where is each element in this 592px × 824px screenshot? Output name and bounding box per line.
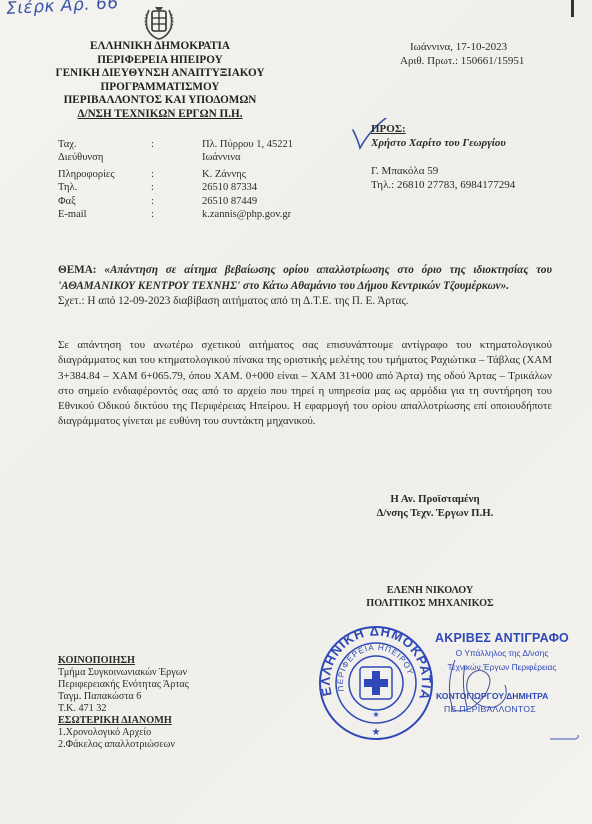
signature-department: Δ/νσης Τεχν. Έργων Π.Η. [355,506,515,520]
stamp-line-1: Ο Υπάλληλος της Δ/νσης [432,648,572,659]
subject-block: ΘΕΜΑ: «Απάντηση σε αίτημα βεβαίωσης ορίο… [58,263,552,310]
header-line: ΠΡΟΓΡΑΜΜΑΤΙΣΜΟΥ [40,81,280,95]
notification-line: Ταγμ. Παπακώστα 6 [58,691,189,703]
stamp-title: ΑΚΡΙΒΕΣ ΑΝΤΙΓΡΑΦΟ [432,631,572,645]
address-value: Πλ. Πύρρου 1, 45221 [202,138,342,151]
place-date: Ιωάννινα, 17-10-2023 [400,40,524,54]
fax-label: Φαξ [58,195,151,208]
subject-label: ΘΕΜΑ: [58,264,97,276]
info-label: Πληροφορίες [58,168,151,181]
header-line: ΕΛΛΗΝΙΚΗ ΔΗΜΟΚΡΑΤΙΑ [40,40,280,54]
notification-line: Τμήμα Συγκοινωνιακών Έργων [58,667,189,679]
phone-label: Τηλ. [58,181,151,194]
phone-value: 26510 87334 [202,181,342,194]
header-line: ΠΕΡΙΒΑΛΛΟΝΤΟΣ ΚΑΙ ΥΠΟΔΟΜΩΝ [40,94,280,108]
contact-row-fax: Φαξ : 26510 87449 [58,195,342,208]
contact-row-address: Ταχ. : Πλ. Πύρρου 1, 45221 [58,138,342,151]
contact-row-address-2: Διεύθυνση Ιωάννινα [58,151,342,164]
signer-block: ΕΛΕΝΗ ΝΙΚΟΛΟΥ ΠΟΛΙΤΙΚΟΣ ΜΗΧΑΝΙΚΟΣ [345,584,515,610]
header-line: ΠΕΡΙΦΕΡΕΙΑ ΗΠΕΙΡΟΥ [40,54,280,68]
signer-name: ΕΛΕΝΗ ΝΙΚΟΛΟΥ [345,584,515,597]
contact-row-phone: Τηλ. : 26510 87334 [58,181,342,194]
ink-mark [550,735,580,741]
signer-title: ΠΟΛΙΤΙΚΟΣ ΜΗΧΑΝΙΚΟΣ [345,597,515,610]
subject-text: «Απάντηση σε αίτημα βεβαίωσης ορίου απαλ… [58,264,552,292]
internal-distribution-line: 2.Φάκελος απαλλοτριώσεων [58,739,189,751]
subject-reference: Σχετ.: Η από 12-09-2023 διαβίβαση αιτήμα… [58,294,552,310]
handwritten-note: Σιέρκ Αρ. 66 [6,0,120,19]
protocol-number: Αριθ. Πρωτ.: 150661/15951 [400,54,524,68]
stamp-role: ΠΕ ΠΕΡΙΒΑΛΛΟΝΤΟΣ [432,704,572,714]
separator: : [151,208,202,221]
svg-text:★: ★ [372,710,379,719]
internal-distribution-line: 1.Χρονολογικό Αρχείο [58,727,189,739]
email-label: E-mail [58,208,151,221]
separator: : [151,181,202,194]
notification-line: Περιφερειακής Ενότητας Άρτας [58,679,189,691]
notification-line: Τ.Κ. 471 32 [58,703,189,715]
address-city: Ιωάννινα [202,151,342,164]
fax-value: 26510 87449 [202,195,342,208]
header-department: Δ/ΝΣΗ ΤΕΧΝΙΚΩΝ ΕΡΓΩΝ Π.Η. [40,108,280,122]
issuer-header: ΕΛΛΗΝΙΚΗ ΔΗΜΟΚΡΑΤΙΑ ΠΕΡΙΦΕΡΕΙΑ ΗΠΕΙΡΟΥ Γ… [40,40,280,122]
separator: : [151,138,202,151]
email-link[interactable]: k.zannis@php.gov.gr [202,208,342,221]
document-page: Σιέρκ Αρ. 66 ΕΛΛΗΝΙΚΗ ΔΗΜΟΚΡΑΤΙΑ ΠΕΡΙΦΕΡ… [0,0,592,824]
stamp-line-2: Τεχνικών Έργων Περιφέρειας [432,662,572,673]
body-paragraph: Σε απάντηση του ανωτέρω σχετικού αιτήματ… [58,338,552,430]
signature-block: Η Αν. Προϊσταμένη Δ/νσης Τεχν. Έργων Π.Η… [355,492,515,520]
certified-copy-stamp: ΑΚΡΙΒΕΣ ΑΝΤΙΓΡΑΦΟ Ο Υπάλληλος της Δ/νσης… [432,631,572,714]
recipient-address: Γ. Μπακόλα 59 [371,164,515,178]
header-line: ΓΕΝΙΚΗ ΔΙΕΥΘΥΝΣΗ ΑΝΑΠΤΥΞΙΑΚΟΥ [40,67,280,81]
recipient-phones: Τηλ.: 26810 27783, 6984177294 [371,178,515,192]
contact-row-info: Πληροφορίες : Κ. Ζάννης [58,168,342,181]
contact-row-email: E-mail : k.zannis@php.gov.gr [58,208,342,221]
info-value: Κ. Ζάννης [202,168,342,181]
greek-coat-of-arms-icon [142,4,176,40]
distribution-block: ΚΟΙΝΟΠΟΙΗΣΗ Τμήμα Συγκοινωνιακών Έργων Π… [58,655,189,751]
notification-heading: ΚΟΙΝΟΠΟΙΗΣΗ [58,655,189,667]
scan-edge-mark [571,0,574,17]
address-label: Ταχ. [58,138,151,151]
recipient-label: ΠΡΟΣ: [371,122,515,136]
contact-details: Ταχ. : Πλ. Πύρρου 1, 45221 Διεύθυνση Ιωά… [58,138,342,221]
separator: : [151,168,202,181]
recipient-name: Χρήστο Χαρίτο του Γεωργίου [371,136,515,150]
svg-text:★: ★ [372,727,381,738]
separator: : [151,195,202,208]
internal-distribution-heading: ΕΣΩΤΕΡΙΚΗ ΔΙΑΝΟΜΗ [58,715,189,727]
official-seal-icon: ΕΛΛΗΝΙΚΗ ΔΗΜΟΚΡΑΤΙΑ ΠΕΡΙΦΕΡΕΙΑ ΗΠΕΙΡΟΥ ★… [318,625,434,741]
stamp-name: ΚΟΝΤΟΓΙΩΡΓΟΥ ΔΗΜΗΤΡΑ [432,691,572,701]
signature-role: Η Αν. Προϊσταμένη [355,492,515,506]
recipient-block: ΠΡΟΣ: Χρήστο Χαρίτο του Γεωργίου Γ. Μπακ… [371,122,515,192]
address-label-2: Διεύθυνση [58,151,151,164]
date-block: Ιωάννινα, 17-10-2023 Αριθ. Πρωτ.: 150661… [400,40,524,68]
